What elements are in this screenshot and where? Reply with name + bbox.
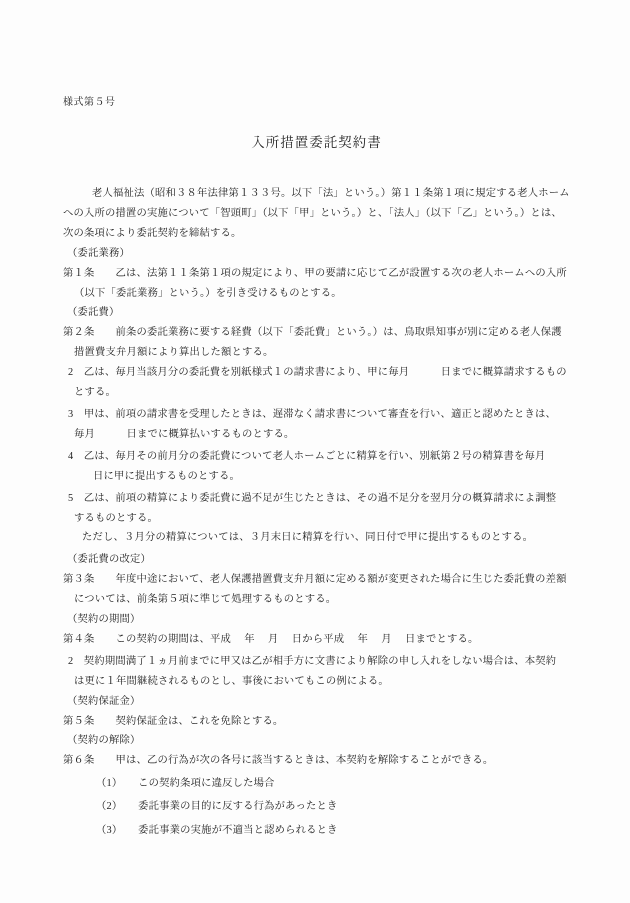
- document-line: への入所の措置の実施について「智頭町」（以下「甲」という。）と、「法人」（以下「…: [63, 204, 570, 224]
- document-line: （1） この契約条項に違反した場合: [96, 774, 570, 794]
- document-line: 第６条 甲は、乙の行為が次の各号に該当するときは、本契約を解除することができる。: [63, 751, 570, 771]
- document-line: （委託業務）: [67, 244, 570, 264]
- document-line: （委託費の改定）: [67, 550, 570, 570]
- document-line: 2 乙は、毎月当該月分の委託費を別紙様式１の請求書により、甲に毎月 日までに概算…: [68, 363, 570, 383]
- document-line: 日に甲に提出するものとする。: [93, 467, 570, 487]
- document-line: （委託費）: [67, 303, 570, 323]
- document-line: は更に１年間継続されるものとし、事後においてもこの例による。: [74, 672, 570, 692]
- document-line: 老人福祉法（昭和３８年法律第１３３号。以下「法」という。）第１１条第１項に規定す…: [92, 184, 570, 204]
- document-line: 3 甲は、前項の請求書を受理したときは、遅滞なく請求書について審査を行い、適正と…: [68, 405, 570, 425]
- document-line: 第１条 乙は、法第１１条第１項の規定により、甲の要請に応じて乙が設置する次の老人…: [63, 264, 570, 284]
- document-line: 第３条 年度中途において、老人保護措置費支弁月額に定める額が変更された場合に生じ…: [63, 570, 570, 590]
- document-line: （2） 委託事業の目的に反する行為があったとき: [96, 797, 570, 817]
- document-body: 老人福祉法（昭和３８年法律第１３３号。以下「法」という。）第１１条第１項に規定す…: [63, 184, 570, 841]
- form-number-label: 様式第５号: [63, 96, 570, 110]
- document-line: （契約の解除）: [67, 731, 570, 751]
- document-line: 第２条 前条の委託業務に要する経費（以下「委託費」という。）は、鳥取県知事が別に…: [63, 323, 570, 343]
- document-line: 2 契約期間満了１ヵ月前までに甲又は乙が相手方に文書により解除の申し入れをしない…: [68, 652, 570, 672]
- document-line: 措置費支弁月額により算出した額とする。: [74, 343, 570, 363]
- document-line: については、前条第５項に準じて処理するものとする。: [74, 590, 570, 610]
- document-line: （以下「委託業務」という。）を引き受けるものとする。: [74, 284, 570, 304]
- document-page: 様式第５号 入所措置委託契約書 老人福祉法（昭和３８年法律第１３３号。以下「法」…: [0, 0, 630, 903]
- document-line: （契約の期間）: [67, 610, 570, 630]
- document-line: （3） 委託事業の実施が不適当と認められるとき: [96, 821, 570, 841]
- document-line: 毎月 日までに概算払いするものとする。: [74, 425, 570, 445]
- document-line: ただし、３月分の精算については、３月末日に精算を行い、同日付で甲に提出するものと…: [82, 528, 570, 548]
- document-line: 第５条 契約保証金は、これを免除とする。: [63, 712, 570, 732]
- document-line: 4 乙は、毎月その前月分の委託費について老人ホームごとに精算を行い、別紙第２号の…: [68, 447, 570, 467]
- document-title: 入所措置委託契約書: [63, 134, 570, 152]
- document-line: 5 乙は、前項の精算により委託費に過不足が生じたときは、その過不足分を翌月分の概…: [68, 489, 570, 509]
- document-line: するものとする。: [74, 509, 570, 529]
- document-line: とする。: [74, 383, 570, 403]
- document-line: （契約保証金）: [67, 692, 570, 712]
- document-line: 第４条 この契約の期間は、平成 年 月 日から平成 年 月 日までとする。: [63, 630, 570, 650]
- document-line: 次の条項により委託契約を締結する。: [63, 224, 570, 244]
